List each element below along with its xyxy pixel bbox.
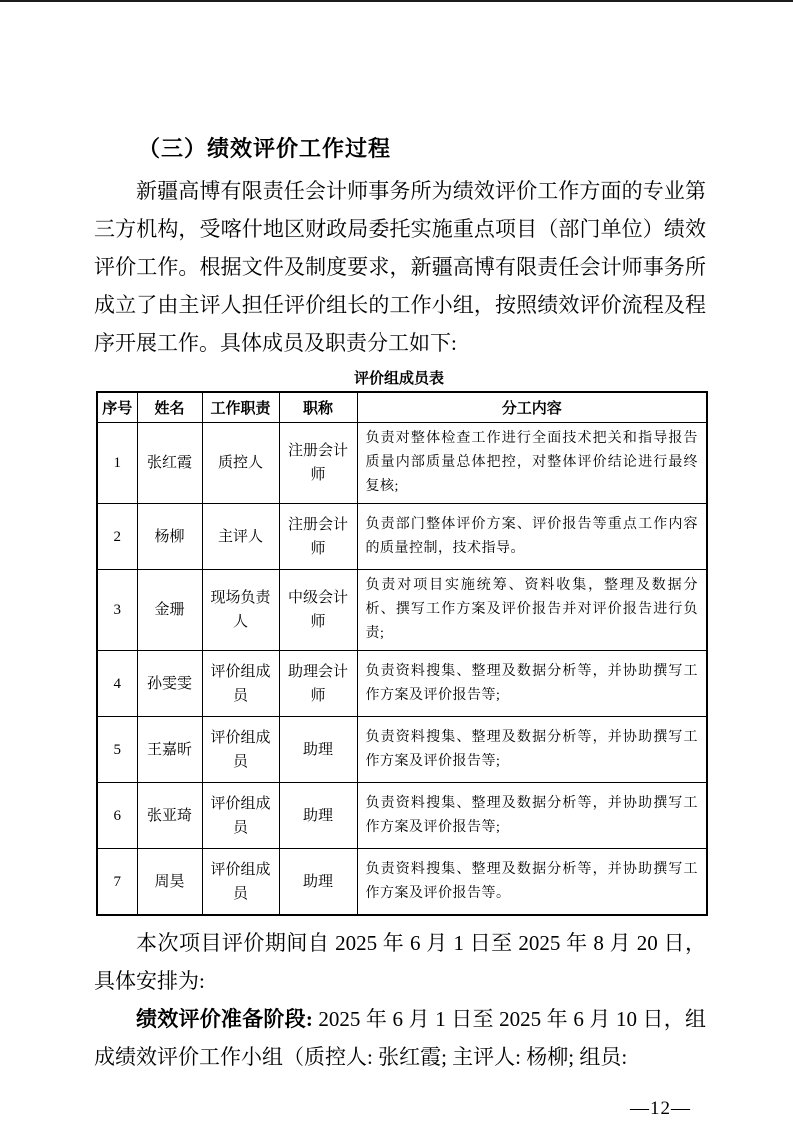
table-title: 评价组成员表 [94, 369, 704, 389]
cell-duty: 评价组成员 [202, 783, 279, 849]
section-heading: （三）绩效评价工作过程 [94, 132, 706, 166]
cell-duty: 现场负责人 [202, 570, 279, 651]
cell-no: 2 [97, 504, 137, 570]
cell-division: 负责对整体检查工作进行全面技术把关和指导报告质量内部质量总体把控，对整体评价结论… [357, 423, 707, 504]
cell-duty: 主评人 [202, 504, 279, 570]
table-row: 1张红霞质控人注册会计师负责对整体检查工作进行全面技术把关和指导报告质量内部质量… [97, 423, 707, 504]
cell-division: 负责资料搜集、整理及数据分析等，并协助撰写工作方案及评价报告等; [357, 651, 707, 717]
cell-duty: 评价组成员 [202, 849, 279, 916]
table-header-cell: 序号 [97, 392, 137, 423]
cell-title: 助理 [279, 783, 357, 849]
cell-duty: 质控人 [202, 423, 279, 504]
cell-no: 1 [97, 423, 137, 504]
cell-no: 4 [97, 651, 137, 717]
schedule-paragraph: 本次项目评价期间自 2025 年 6 月 1 日至 2025 年 8 月 20 … [94, 924, 706, 1000]
table-header-cell: 职称 [279, 392, 357, 423]
table-body: 1张红霞质控人注册会计师负责对整体检查工作进行全面技术把关和指导报告质量内部质量… [97, 423, 707, 916]
cell-name: 金珊 [137, 570, 202, 651]
document-page: （三）绩效评价工作过程 新疆高博有限责任会计师事务所为绩效评价工作方面的专业第三… [0, 0, 793, 1120]
cell-title: 助理会计师 [279, 651, 357, 717]
cell-division: 负责资料搜集、整理及数据分析等，并协助撰写工作方案及评价报告等; [357, 717, 707, 783]
intro-paragraph: 新疆高博有限责任会计师事务所为绩效评价工作方面的专业第三方机构，受喀什地区财政局… [94, 172, 706, 362]
phase-paragraph: 绩效评价准备阶段: 2025 年 6 月 1 日至 2025 年 6 月 10 … [94, 1000, 706, 1076]
table-row: 7周昊评价组成员助理负责资料搜集、整理及数据分析等，并协助撰写工作方案及评价报告… [97, 849, 707, 916]
cell-title: 中级会计师 [279, 570, 357, 651]
cell-name: 张亚琦 [137, 783, 202, 849]
cell-duty: 评价组成员 [202, 651, 279, 717]
cell-no: 5 [97, 717, 137, 783]
table-header-row: 序号姓名工作职责职称分工内容 [97, 392, 707, 423]
cell-division: 负责部门整体评价方案、评价报告等重点工作内容的质量控制，技术指导。 [357, 504, 707, 570]
cell-division: 负责对项目实施统筹、资料收集，整理及数据分析、撰写工作方案及评价报告并对评价报告… [357, 570, 707, 651]
cell-division: 负责资料搜集、整理及数据分析等，并协助撰写工作方案及评价报告等; [357, 783, 707, 849]
table-row: 2杨柳主评人注册会计师负责部门整体评价方案、评价报告等重点工作内容的质量控制，技… [97, 504, 707, 570]
cell-name: 王嘉昕 [137, 717, 202, 783]
cell-title: 注册会计师 [279, 423, 357, 504]
table-header-cell: 工作职责 [202, 392, 279, 423]
cell-name: 孙雯雯 [137, 651, 202, 717]
cell-no: 6 [97, 783, 137, 849]
table-row: 3金珊现场负责人中级会计师负责对项目实施统筹、资料收集，整理及数据分析、撰写工作… [97, 570, 707, 651]
cell-name: 张红霞 [137, 423, 202, 504]
scan-edge-artifact [0, 0, 793, 2]
table-header-cell: 姓名 [137, 392, 202, 423]
table-row: 4孙雯雯评价组成员助理会计师负责资料搜集、整理及数据分析等，并协助撰写工作方案及… [97, 651, 707, 717]
cell-division: 负责资料搜集、整理及数据分析等，并协助撰写工作方案及评价报告等。 [357, 849, 707, 916]
table-row: 5王嘉昕评价组成员助理负责资料搜集、整理及数据分析等，并协助撰写工作方案及评价报… [97, 717, 707, 783]
cell-title: 助理 [279, 849, 357, 916]
phase-label: 绩效评价准备阶段: [136, 1007, 318, 1031]
cell-name: 杨柳 [137, 504, 202, 570]
cell-duty: 评价组成员 [202, 717, 279, 783]
cell-title: 注册会计师 [279, 504, 357, 570]
page-number: —12— [94, 1098, 706, 1120]
cell-title: 助理 [279, 717, 357, 783]
table-row: 6张亚琦评价组成员助理负责资料搜集、整理及数据分析等，并协助撰写工作方案及评价报… [97, 783, 707, 849]
cell-no: 7 [97, 849, 137, 916]
table-header-cell: 分工内容 [357, 392, 707, 423]
cell-name: 周昊 [137, 849, 202, 916]
cell-no: 3 [97, 570, 137, 651]
member-table: 序号姓名工作职责职称分工内容 1张红霞质控人注册会计师负责对整体检查工作进行全面… [96, 391, 708, 916]
